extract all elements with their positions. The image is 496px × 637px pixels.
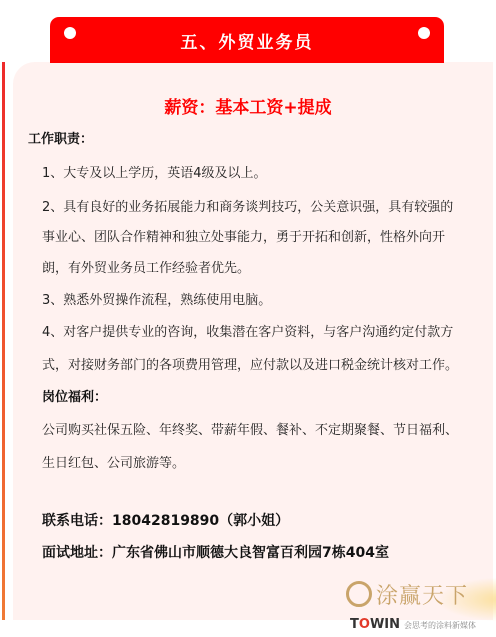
duty-line: 朗，有外贸业务员工作经验者优先。: [28, 259, 488, 279]
side-accent-line: [2, 62, 5, 620]
duty-line: 4、对客户提供专业的咨询，收集潜在客户资料，与客户沟通约定付款方: [28, 323, 488, 343]
watermark-tagline: 会思考的涂料新媒体: [404, 620, 476, 631]
duty-line: 3、熟悉外贸操作流程，熟练使用电脑。: [28, 291, 488, 311]
watermark-brand-cn: 涂赢天下: [376, 579, 468, 610]
duty-line: 式，对接财务部门的各项费用管理，应付款以及进口税金统计核对工作。: [28, 356, 488, 376]
duty-line: 2、具有良好的业务拓展能力和商务谈判技巧，公关意识强，具有较强的: [28, 198, 488, 218]
contact-phone: 联系电话：18042819890（郭小姐）: [28, 511, 488, 531]
duty-line: 事业心、团队合作精神和独立处事能力，勇于开拓和创新，性格外向开: [28, 228, 488, 248]
watermark-brand-en: TOWIN: [350, 617, 400, 632]
interview-address: 面试地址：广东省佛山市顺德大良智富百利园7栋404室: [28, 543, 488, 563]
benefits-heading: 岗位福利：: [28, 388, 488, 408]
brand-logo-icon: [346, 581, 372, 607]
benefit-line: 公司购买社保五险、年终奖、带薪年假、餐补、不定期聚餐、节日福利、: [28, 421, 488, 441]
brand-en-o: O: [359, 617, 370, 632]
duty-line: 1、大专及以上学历，英语4级及以上。: [28, 164, 488, 184]
watermark: 涂赢天下 TOWIN 会思考的涂料新媒体: [336, 577, 496, 637]
salary-heading: 薪资：基本工资+提成: [0, 93, 496, 118]
section-banner: 五、外贸业务员: [50, 17, 444, 63]
benefit-line: 生日红包、公司旅游等。: [28, 454, 488, 474]
brand-en-part: WIN: [370, 617, 400, 632]
duties-heading: 工作职责：: [28, 130, 488, 150]
brand-en-part: T: [350, 617, 359, 632]
section-title: 五、外贸业务员: [50, 28, 444, 53]
job-content: 工作职责： 1、大专及以上学历，英语4级及以上。 2、具有良好的业务拓展能力和商…: [28, 130, 488, 563]
